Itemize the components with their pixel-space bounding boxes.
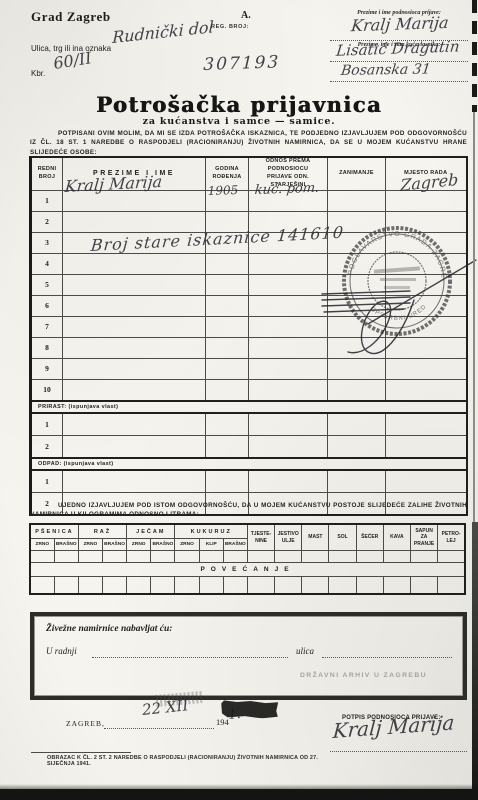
- people-cell: [206, 413, 249, 436]
- people-cell: [328, 274, 386, 295]
- people-cell: [206, 435, 249, 458]
- stocks-cell: [78, 551, 102, 563]
- people-row: 7: [31, 316, 467, 337]
- row-number: 2: [31, 435, 63, 458]
- people-cell: [328, 253, 386, 274]
- ulica-line: [322, 657, 452, 658]
- people-cell: [249, 470, 328, 493]
- signature-line: [330, 751, 467, 752]
- people-cell: [328, 190, 386, 211]
- stocks-single-header: MAST: [302, 524, 329, 551]
- stocks-cell: [329, 577, 356, 595]
- stocks-group-header: JEČAM: [127, 524, 175, 539]
- people-cell: [63, 316, 206, 337]
- people-cell: [63, 470, 206, 493]
- stocks-cell: [151, 551, 175, 563]
- people-cell: [63, 337, 206, 358]
- stocks-cell: [275, 577, 302, 595]
- stocks-cell: [247, 577, 274, 595]
- people-cell: [206, 337, 249, 358]
- people-cell: [63, 358, 206, 379]
- people-cell: [386, 316, 467, 337]
- row-number: 1: [31, 190, 63, 211]
- people-cell: [328, 435, 386, 458]
- people-cell: [206, 316, 249, 337]
- stocks-table: PŠENICARAŽJEČAMKUKURUZTJESTE-NINEJESTIVO…: [29, 523, 466, 595]
- stocks-single-header: KAVA: [383, 524, 410, 551]
- increase-band-row: POVEĆANJE: [30, 563, 465, 577]
- people-cell: [206, 379, 249, 401]
- odpad-band-row: ODPAD: (ispunjava vlast): [31, 458, 467, 470]
- stocks-cell: [102, 577, 126, 595]
- row-number: 10: [31, 379, 63, 401]
- people-cell: [328, 379, 386, 401]
- ulica-label: ulica: [296, 646, 314, 656]
- stocks-cell: [302, 577, 329, 595]
- stocks-cell: [275, 551, 302, 563]
- stocks-cell: [151, 577, 175, 595]
- people-cell: [386, 358, 467, 379]
- odpad-row: 1: [31, 470, 467, 493]
- stocks-cell: [127, 577, 151, 595]
- people-cell: [249, 358, 328, 379]
- people-cell: [249, 274, 328, 295]
- stocks-cell: [410, 577, 437, 595]
- row-number: 3: [31, 232, 63, 253]
- people-cell: [206, 253, 249, 274]
- stocks-sub-header: BRAŠNO: [151, 539, 175, 551]
- stocks-cell: [223, 577, 247, 595]
- reg-number-label: REG. BROJ:: [211, 24, 249, 30]
- stocks-cell: [175, 577, 199, 595]
- stocks-cell: [127, 551, 151, 563]
- stocks-cell: [175, 551, 199, 563]
- stocks-cell: [383, 551, 410, 563]
- stocks-increase-data-row: [30, 577, 465, 595]
- stocks-sub-header: ZRNO: [175, 539, 199, 551]
- stocks-group-header-row: PŠENICARAŽJEČAMKUKURUZTJESTE-NINEJESTIVO…: [30, 524, 465, 539]
- stocks-cell: [438, 577, 465, 595]
- people-cell: [249, 379, 328, 401]
- odpad-label: ODPAD: (ispunjava vlast): [31, 458, 467, 470]
- people-cell: [386, 253, 467, 274]
- people-row: 5: [31, 274, 467, 295]
- stocks-sub-header: ZRNO: [30, 539, 54, 551]
- row-number: 6: [31, 295, 63, 316]
- row-number: 1: [31, 413, 63, 436]
- stocks-single-header: SAPUNZAPRANJE: [410, 524, 437, 551]
- people-row: 4: [31, 253, 467, 274]
- shop-line: [92, 657, 288, 658]
- people-cell: [249, 316, 328, 337]
- purchase-intro: Živežne namirnice nabavljat ću:: [46, 624, 172, 634]
- city-heading: Grad Zagreb: [31, 9, 111, 25]
- people-cell: [328, 470, 386, 493]
- archive-stamp-text: DRŽAVNI ARHIV U ZAGREBU: [300, 672, 427, 679]
- stocks-cell: [356, 577, 383, 595]
- stocks-sub-header: ZRNO: [78, 539, 102, 551]
- people-header-cell: REDNI BROJ: [31, 157, 63, 190]
- purchase-box: Živežne namirnice nabavljat ću: U radnji…: [30, 612, 467, 700]
- handwritten-landlord-address: Bosanska 31: [340, 61, 432, 79]
- people-cell: [328, 413, 386, 436]
- stocks-group-header: PŠENICA: [30, 524, 78, 539]
- stocks-sub-header: BRAŠNO: [54, 539, 78, 551]
- section-letter: A.: [241, 10, 251, 21]
- scan-edge-right-bottom: [472, 522, 478, 800]
- increase-label: POVEĆANJE: [30, 563, 465, 577]
- stocks-cell: [247, 551, 274, 563]
- year-printed: 194: [216, 717, 229, 727]
- people-cell: [386, 470, 467, 493]
- intro-paragraph: POTPISANI OVIM MOLIM, DA MI SE IZDA POTR…: [30, 129, 467, 157]
- landlord-address-line: [330, 81, 468, 82]
- scan-edge-right-middle: [473, 112, 475, 522]
- stocks-cell: [54, 577, 78, 595]
- stocks-cell: [78, 577, 102, 595]
- legal-rule: [31, 752, 131, 753]
- row-number: 9: [31, 358, 63, 379]
- row-number: 5: [31, 274, 63, 295]
- stocks-paragraph: UJEDNO IZJAVLJUJEM POD ISTOM ODGOVORNOŠĆ…: [30, 501, 467, 520]
- stocks-cell: [383, 577, 410, 595]
- row-number: 2: [31, 211, 63, 232]
- people-cell: [249, 295, 328, 316]
- people-cell: [63, 435, 206, 458]
- scanned-form-page: Grad Zagreb A. REG. BROJ: Ulica, trg ili…: [0, 0, 478, 800]
- people-cell: [386, 295, 467, 316]
- people-cell: [63, 413, 206, 436]
- people-header-cell: ZANIMANJE: [328, 157, 386, 190]
- place-label: ZAGREB,: [66, 719, 105, 728]
- stocks-single-header: SOL: [329, 524, 356, 551]
- stocks-cell: [410, 551, 437, 563]
- people-row: 9: [31, 358, 467, 379]
- people-cell: [328, 316, 386, 337]
- people-cell: [249, 435, 328, 458]
- people-cell: [386, 274, 467, 295]
- house-number-label: Kbr.: [31, 69, 45, 78]
- row-number: 4: [31, 253, 63, 274]
- form-title: Potrošačka prijavnica: [0, 92, 478, 117]
- row-number: 7: [31, 316, 63, 337]
- people-row: 6: [31, 295, 467, 316]
- stocks-cell: [102, 551, 126, 563]
- people-cell: [63, 253, 206, 274]
- ink-blob-stamp: [221, 700, 278, 718]
- people-table: REDNI BROJPREZIME I IMEGODINA ROĐENJAODN…: [29, 156, 468, 516]
- stocks-group-header: RAŽ: [78, 524, 126, 539]
- handwritten-reg-number: 307193: [203, 52, 281, 75]
- stocks-cell: [302, 551, 329, 563]
- stocks-sub-header: ZRNO: [127, 539, 151, 551]
- handwritten-birth-year: 1905: [208, 183, 239, 198]
- stocks-cell: [199, 577, 223, 595]
- handwritten-street: Rudnički dol: [112, 17, 214, 47]
- people-cell: [249, 413, 328, 436]
- stocks-cell: [30, 577, 54, 595]
- stocks-sub-header: KLIP: [199, 539, 223, 551]
- form-subtitle: za kućanstva i samce — samice.: [0, 116, 478, 127]
- stocks-sub-header: BRAŠNO: [102, 539, 126, 551]
- faint-receipt-stamp: [156, 691, 203, 707]
- people-row: 8: [31, 337, 467, 358]
- stocks-cell: [30, 551, 54, 563]
- scan-edge-bottom: [0, 789, 478, 800]
- stocks-sub-header: BRAŠNO: [223, 539, 247, 551]
- prirast-label: PRIRAST: (ispunjava vlast): [31, 401, 467, 413]
- people-cell: [386, 190, 467, 211]
- stocks-single-header: ŠEĆER: [356, 524, 383, 551]
- people-cell: [328, 295, 386, 316]
- people-cell: [206, 295, 249, 316]
- handwritten-applicant-name: Kralj Marija: [330, 12, 470, 36]
- row-number: 1: [31, 470, 63, 493]
- stocks-cell: [329, 551, 356, 563]
- people-cell: [386, 232, 467, 253]
- shop-label: U radnji: [46, 646, 77, 656]
- stocks-cell: [54, 551, 78, 563]
- legal-footnote: OBRAZAC K ČL. 2 ST. 2 NAREDBE O RASPODJE…: [47, 755, 347, 767]
- people-cell: [63, 211, 206, 232]
- stocks-cell: [223, 551, 247, 563]
- people-cell: [386, 413, 467, 436]
- prirast-row: 1: [31, 413, 467, 436]
- people-cell: [386, 211, 467, 232]
- people-cell: [63, 274, 206, 295]
- people-cell: [63, 379, 206, 401]
- scan-edge-right-top: [472, 0, 477, 112]
- people-cell: [386, 379, 467, 401]
- people-cell: [386, 337, 467, 358]
- people-cell: [328, 358, 386, 379]
- row-number: 8: [31, 337, 63, 358]
- people-cell: [206, 358, 249, 379]
- prirast-row: 2: [31, 435, 467, 458]
- stocks-single-header: TJESTE-NINE: [247, 524, 274, 551]
- people-cell: [249, 253, 328, 274]
- stocks-cell: [438, 551, 465, 563]
- people-row: 10: [31, 379, 467, 401]
- prirast-band-row: PRIRAST: (ispunjava vlast): [31, 401, 467, 413]
- people-cell: [63, 295, 206, 316]
- people-cell: [328, 337, 386, 358]
- people-cell: [206, 470, 249, 493]
- handwritten-relation: kuć. pom.: [254, 181, 320, 198]
- handwritten-landlord-name: Lisatić Dragutin: [328, 37, 468, 60]
- stocks-single-header: JESTIVOULJE: [275, 524, 302, 551]
- stocks-cell: [199, 551, 223, 563]
- stocks-data-row: [30, 551, 465, 563]
- stocks-single-header: PETRO-LEJ: [438, 524, 465, 551]
- stocks-cell: [356, 551, 383, 563]
- stocks-group-header: KUKURUZ: [175, 524, 247, 539]
- people-cell: [206, 274, 249, 295]
- people-cell: [249, 337, 328, 358]
- people-cell: [386, 435, 467, 458]
- date-line: [104, 728, 214, 729]
